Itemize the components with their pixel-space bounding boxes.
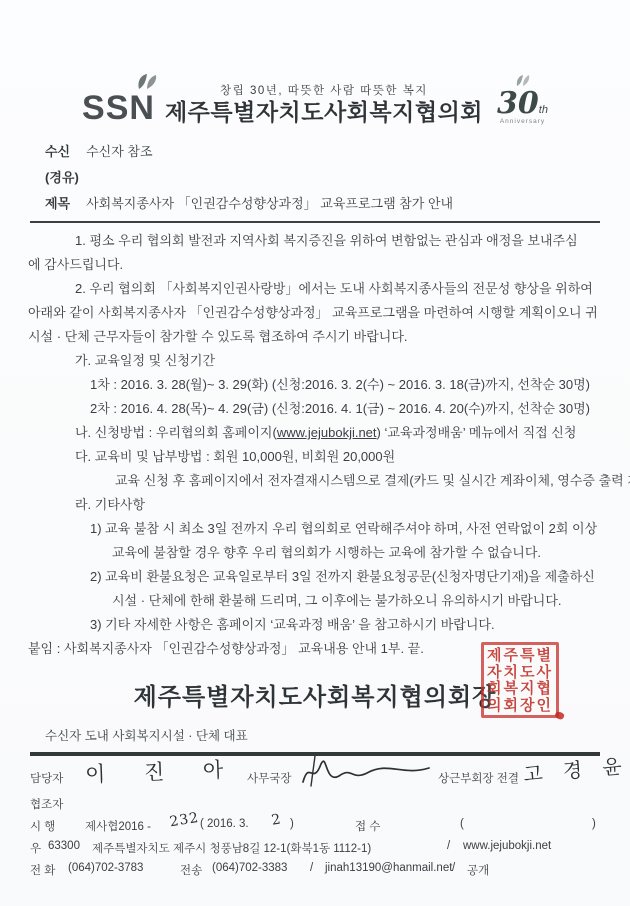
item-fee-line: 다. 교육비 및 납부방법 : 회원 10,000원, 비회원 20,000원 <box>28 445 602 469</box>
phone-label: 전 화 <box>30 862 55 878</box>
anniversary-mark: 30th Anniversary <box>493 74 548 125</box>
website-link: www.jejubokji.net <box>277 425 377 440</box>
doc-date-open: ( 2016. 3. <box>200 818 249 830</box>
address-value: 제주특별자치도 제주시 청풍남8길 12-1(화북1동 1112-1) <box>92 840 371 856</box>
subject-row: 제목사회복지종사자 「인권감수성향상과정」 교육프로그램 참가 안내 <box>45 191 600 217</box>
note-2-line-1: 2) 교육비 환불요청은 교육일로부터 3일 전까지 환불요청공문(신청자명단기… <box>28 565 602 589</box>
note-3-line: 3) 기타 자세한 사항은 홈페이지 ‘교육과정 배움’ 을 참고하시기 바랍니… <box>28 613 602 637</box>
vice-chair-label: 상근부회장 전결 <box>438 770 519 786</box>
fax-label: 전송 <box>180 862 202 878</box>
subject-label: 제목 <box>45 196 70 211</box>
receipt-label: 접 수 <box>355 818 380 834</box>
item-schedule-heading: 가. 교육일정 및 신청기간 <box>28 349 602 373</box>
zip-label: 우 <box>30 840 41 856</box>
via-label: (경유) <box>45 170 79 185</box>
document-body: 1. 평소 우리 협의회 발전과 지역사회 복지증진을 위하여 변함없는 관심과… <box>0 223 630 661</box>
org-tagline: 창립 30년, 따뜻한 사람 따뜻한 복지 <box>165 82 483 98</box>
org-name: 제주특별자치도사회복지협의회 <box>165 100 483 125</box>
seal-row: 제주특별 <box>487 647 553 664</box>
anniversary-label: Anniversary <box>497 118 548 125</box>
email-slash: / <box>310 862 313 874</box>
item-fee-detail: 교육 신청 후 홈페이지에서 전자결재시스템으로 결제(카드 및 실시간 계좌이… <box>28 469 602 493</box>
paragraph-2-line-2: 아래와 같이 사회복지종사자 「인권감수성향상과정」 교육프로그램을 마련하여 … <box>28 301 602 325</box>
paragraph-2-line-3: 시설 · 단체 근무자들이 참가할 수 있도록 협조하여 주시기 바랍니다. <box>28 325 602 349</box>
fax-value: (064)702-3383 <box>212 862 287 874</box>
apply-suffix: ) ‘교육과정배움’ 메뉴에서 직접 신청 <box>377 425 577 440</box>
recipient-label: 수신 <box>45 144 70 159</box>
doc-date-close: ) <box>290 818 294 830</box>
note-1-line-1: 1) 교육 불참 시 최소 3일 전까지 우리 협의회로 연락해주셔야 하며, … <box>28 517 602 541</box>
email-value: jinah13190@hanmail.net <box>325 862 452 874</box>
manager-label: 사무국장 <box>247 770 291 786</box>
doc-date-handwritten: 2 <box>270 811 282 828</box>
manager-signature <box>295 752 435 790</box>
ssn-logo: SSN <box>82 91 155 125</box>
note-1-line-2: 교육에 불참할 경우 향후 우리 협의회가 시행하는 교육에 참가할 수 없습니… <box>28 541 602 565</box>
anniversary-number: 30 <box>497 86 539 121</box>
recipient-value: 수신자 참조 <box>86 144 152 159</box>
item-apply-line: 나. 신청방법 : 우리협의회 홈페이지(www.jejubokji.net) … <box>28 421 602 445</box>
open-label: 공개 <box>467 862 489 878</box>
seal-row: 자치도사 <box>487 664 553 681</box>
drafter-label: 담당자 <box>30 770 63 786</box>
official-seal-stamp: 제주특별 자치도사 회복지협 의회장인 <box>481 642 559 718</box>
footer-website: www.jejubokji.net <box>463 840 551 852</box>
paragraph-1-line-2: 에 감사드립니다. <box>28 253 602 277</box>
recipient-row: 수신수신자 참조 <box>45 139 600 165</box>
anniversary-suffix: th <box>539 104 548 116</box>
apply-prefix: 나. 신청방법 : 우리협의회 홈페이지( <box>75 425 277 440</box>
leaf-icon <box>133 73 159 96</box>
seal-row: 회복지협 <box>487 680 553 697</box>
document-meta: 수신수신자 참조 (경유) 제목사회복지종사자 「인권감수성향상과정」 교육프로… <box>0 125 630 217</box>
via-row: (경유) <box>45 165 600 191</box>
doc-number-handwritten: 232 <box>168 810 200 830</box>
seal-row: 의회장인 <box>487 697 553 714</box>
open-slash: / <box>452 862 455 874</box>
recipients-line: 수신자 도내 사회복지시설 · 단체 대표 <box>0 726 630 744</box>
note-2-line-2: 시설 · 단체에 한해 환불해 드리며, 그 이후에는 불가하오니 유의하시기 … <box>28 589 602 613</box>
doc-number-label: 시 행 <box>30 818 55 834</box>
cooperator-label: 협조자 <box>30 796 63 812</box>
item-etc-heading: 라. 기타사항 <box>28 493 602 517</box>
round-1-line: 1차 : 2016. 3. 28(월)~ 3. 29(화) (신청:2016. … <box>28 373 602 397</box>
address-slash: / <box>447 840 450 852</box>
receipt-paren-open: ( <box>460 818 464 830</box>
paragraph-2-line-1: 2. 우리 협의회 「사회복지인권사랑방」에서는 도내 사회복지종사들의 전문성… <box>28 277 602 301</box>
paragraph-1-line-1: 1. 평소 우리 협의회 발전과 지역사회 복지증진을 위하여 변함없는 관심과… <box>28 229 602 253</box>
scanned-document-page: SSN 창립 30년, 따뜻한 사람 따뜻한 복지 제주특별자치도사회복지협의회… <box>0 0 630 906</box>
round-2-line: 2차 : 2016. 4. 28(목)~ 4. 29(금) (신청:2016. … <box>28 397 602 421</box>
doc-number-prefix: 제사협2016 - <box>85 818 151 834</box>
zip-value: 63300 <box>48 840 80 852</box>
phone-value: (064)702-3783 <box>68 862 143 874</box>
subject-value: 사회복지종사자 「인권감수성향상과정」 교육프로그램 참가 안내 <box>86 196 453 211</box>
receipt-paren-close: ) <box>592 818 596 830</box>
drafter-handwritten-name: 이 진 아 <box>85 753 240 788</box>
document-footer: 담당자 이 진 아 사무국장 상근부회장 전결 고 경 윤 협조자 시 행 제사… <box>0 758 630 898</box>
letterhead: SSN 창립 30년, 따뜻한 사람 따뜻한 복지 제주특별자치도사회복지협의회… <box>0 0 630 125</box>
